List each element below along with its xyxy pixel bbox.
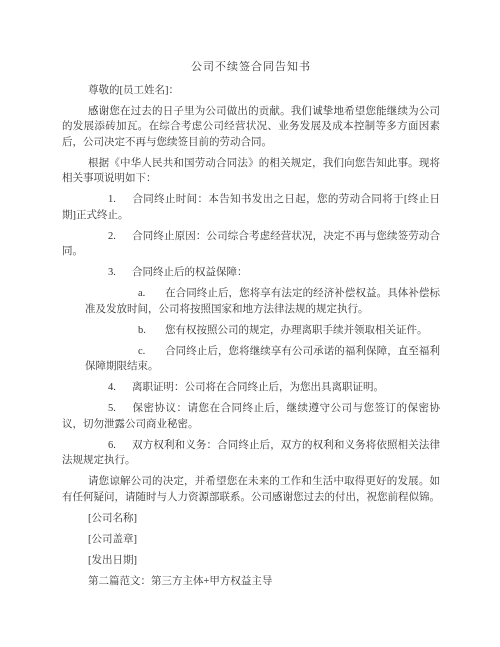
- notice-document: 公司不续签合同告知书 尊敬的[员工姓名]： 感谢您在过去的日子里为公司做出的贡献…: [0, 0, 500, 589]
- sub-list-item-b-text: 您有权按照公司的规定，办理离职手续并领取相关证件。: [165, 325, 428, 336]
- salutation: 尊敬的[员工姓名]：: [62, 83, 440, 99]
- list-item-5-number: 5.: [108, 401, 132, 417]
- sub-list-item-b-number: b.: [138, 323, 165, 339]
- list-item-3-text: 合同终止后的权益保障：: [132, 267, 248, 278]
- list-item-6: 6.双方权利和义务：合同终止后，双方的权利和义务将依照相关法律法规规定执行。: [62, 438, 440, 469]
- sub-list-item-c: c.合同终止后，您将继续享有公司承诺的福利保障，直至福利保障期限结束。: [85, 344, 440, 375]
- second-template-heading: 第二篇范文：第三方主体+甲方权益主导: [62, 574, 440, 590]
- sub-list-item-a: a.在合同终止后，您将享有法定的经济补偿权益。具体补偿标准及发放时间，公司将按照…: [85, 286, 440, 317]
- list-item-1: 1.合同终止时间：本告知书发出之日起，您的劳动合同将于[终止日期]正式终止。: [62, 192, 440, 223]
- intro-paragraph-1: 感谢您在过去的日子里为公司做出的贡献。我们诚挚地希望您能继续为公司的发展添砖加瓦…: [62, 104, 440, 151]
- closing-paragraph: 请您谅解公司的决定，并希望您在未来的工作和生活中取得更好的发展。如有任何疑问，请…: [62, 474, 440, 505]
- list-item-5: 5.保密协议：请您在合同终止后，继续遵守公司与您签订的保密协议，切勿泄露公司商业…: [62, 401, 440, 432]
- list-item-2-number: 2.: [108, 229, 132, 245]
- sub-list-item-c-number: c.: [138, 344, 165, 360]
- list-item-4-number: 4.: [108, 380, 132, 396]
- list-item-4: 4.离职证明：公司将在合同终止后，为您出具离职证明。: [62, 380, 440, 396]
- list-item-3: 3.合同终止后的权益保障：: [62, 265, 440, 281]
- document-title: 公司不续签合同告知书: [62, 60, 440, 76]
- sub-list-item-b: b.您有权按照公司的规定，办理离职手续并领取相关证件。: [85, 323, 440, 339]
- sub-list-item-a-number: a.: [138, 286, 165, 302]
- list-item-3-number: 3.: [108, 265, 132, 281]
- list-item-1-number: 1.: [108, 192, 132, 208]
- list-item-6-number: 6.: [108, 438, 132, 454]
- signature-issue-date: [发出日期]: [62, 553, 440, 569]
- intro-paragraph-2: 根据《中华人民共和国劳动合同法》的相关规定，我们向您告知此事。现将相关事项说明如…: [62, 156, 440, 187]
- list-item-2: 2.合同终止原因：公司综合考虑经营状况，决定不再与您续签劳动合同。: [62, 229, 440, 260]
- document-page: 公司不续签合同告知书 尊敬的[员工姓名]： 感谢您在过去的日子里为公司做出的贡献…: [0, 0, 500, 647]
- list-item-4-text: 离职证明：公司将在合同终止后，为您出具离职证明。: [132, 382, 384, 393]
- signature-company-seal: [公司盖章]: [62, 532, 440, 548]
- signature-company-name: [公司名称]: [62, 511, 440, 527]
